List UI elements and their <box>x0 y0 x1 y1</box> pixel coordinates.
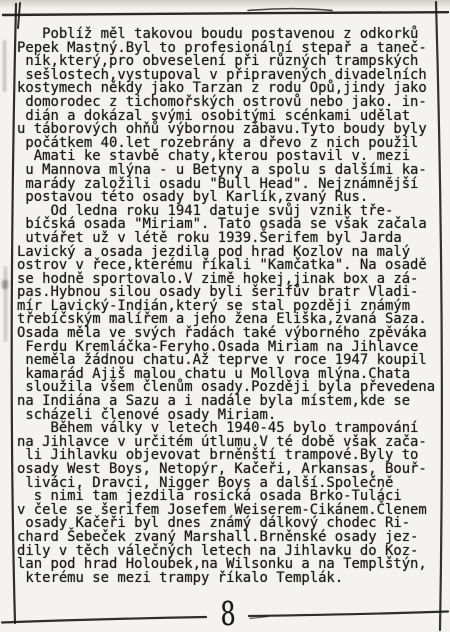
scanned-page: Poblíž měl takovou boudu postavenou z od… <box>0 0 450 632</box>
typewritten-text: Poblíž měl takovou boudu postavenou z od… <box>17 28 439 585</box>
paragraph-1: Poblíž měl takovou boudu postavenou z od… <box>17 28 439 205</box>
border-top-doubled-stroke <box>248 9 332 11</box>
border-bottom-left-segment <box>2 617 206 623</box>
page-number: 8 <box>216 593 240 632</box>
border-left-line <box>12 4 16 623</box>
border-top-line <box>3 12 448 15</box>
border-bottom-right-segment <box>249 612 448 617</box>
paragraph-2: Od ledna roku 1941 datuje svůj vznik tře… <box>17 205 439 423</box>
border-left-corner-tick <box>18 3 20 28</box>
paragraph-3: Během války v letech 1940-45 bylo trampo… <box>17 422 439 585</box>
